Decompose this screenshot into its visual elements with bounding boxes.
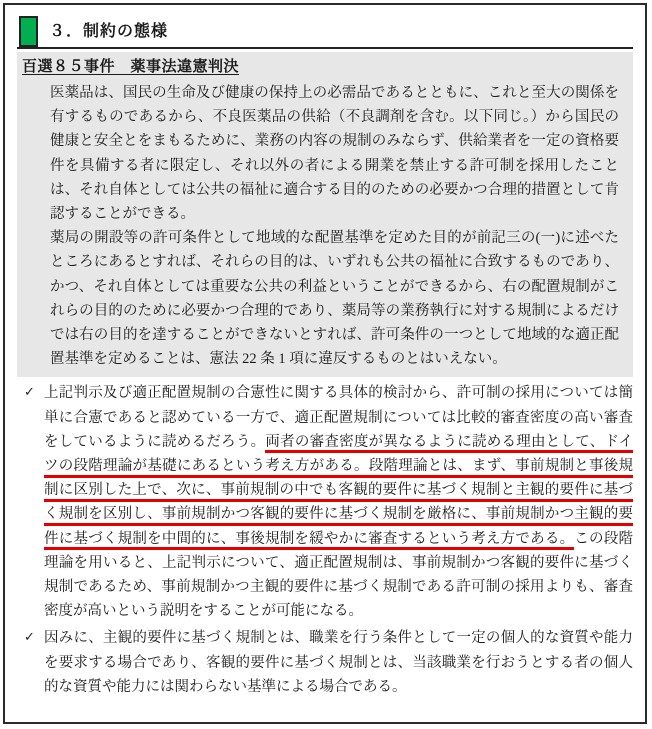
text-segment: 因みに、主観的要件に基づく規制とは、職業を行う条件として一定の個人的な資質や能力… [44, 630, 633, 694]
green-square-icon [19, 16, 38, 47]
red-underline-segment: 両者の審査密度が異なるように読める理由として、ドイツの段階理論が基礎にあるという… [44, 434, 633, 550]
bullet-item: ✓因みに、主観的要件に基づく規制とは、職業を行う条件として一定の個人的な資質や能… [17, 626, 633, 699]
bullet-text: 上記判示及び適正配置規制の合憲性に関する具体的検討から、許可制の採用については簡… [44, 381, 633, 623]
bullet-text: 因みに、主観的要件に基づく規制とは、職業を行う条件として一定の個人的な資質や能力… [44, 626, 633, 699]
case-paragraph: 薬局の開設等の許可条件として地域的な配置基準を定めた目的が前記三の(一)に述べた… [50, 226, 619, 371]
bullet-item: ✓上記判示及び適正配置規制の合憲性に関する具体的検討から、許可制の採用については… [17, 381, 633, 623]
checkmark-icon: ✓ [17, 626, 44, 699]
case-quote-box: 百選８５事件 薬事法違憲判決 医薬品は、国民の生命及び健康の保持上の必需品である… [17, 52, 633, 377]
bullet-list: ✓上記判示及び適正配置規制の合憲性に関する具体的検討から、許可制の採用については… [17, 381, 633, 699]
case-paragraph: 医薬品は、国民の生命及び健康の保持上の必需品であるとともに、これと至大の関係を有… [50, 81, 619, 226]
document-page: ３．制約の態様 百選８５事件 薬事法違憲判決 医薬品は、国民の生命及び健康の保持… [3, 3, 647, 724]
case-paragraphs: 医薬品は、国民の生命及び健康の保持上の必需品であるとともに、これと至大の関係を有… [50, 81, 619, 371]
section-header: ３．制約の態様 [17, 11, 633, 49]
case-title: 百選８５事件 薬事法違憲判決 [22, 55, 623, 79]
checkmark-icon: ✓ [17, 381, 44, 623]
section-title: ３．制約の態様 [49, 24, 168, 47]
